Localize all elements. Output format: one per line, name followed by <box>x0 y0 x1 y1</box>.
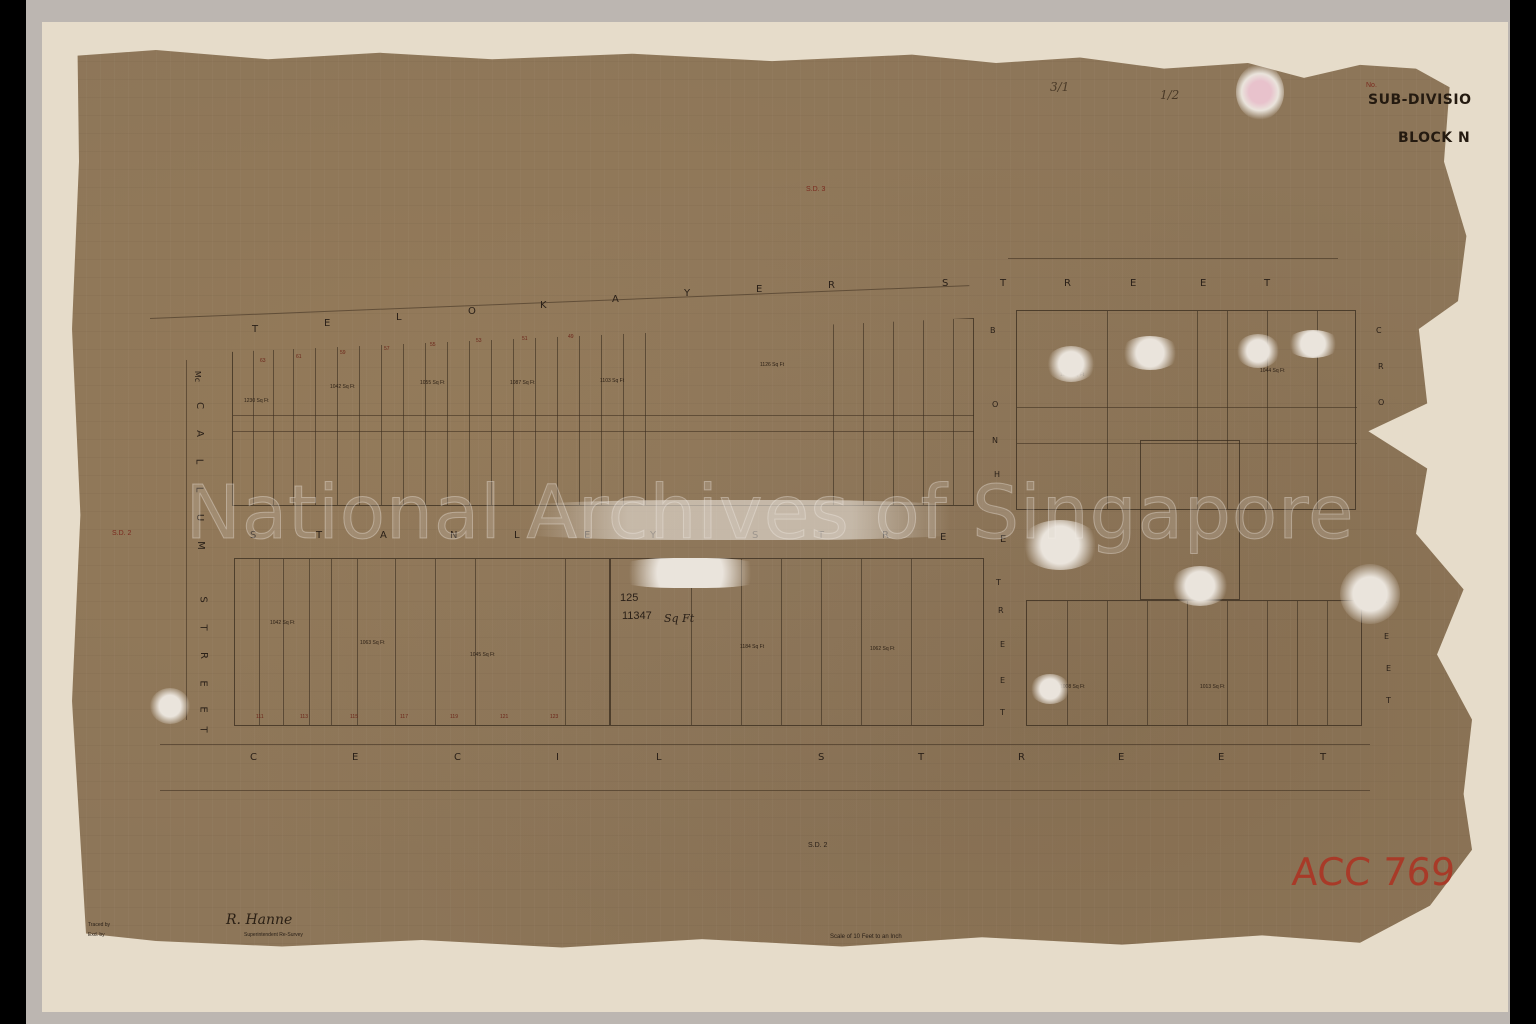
lower-left-block <box>234 558 610 726</box>
accession-number: ACC 769 <box>1290 850 1456 894</box>
signature-title: Superintendent Re-Survey <box>244 932 303 938</box>
title-prefix: No. <box>1366 82 1377 89</box>
mccallum-street-line <box>186 360 187 720</box>
pencil-note: 3/1 <box>1050 80 1069 94</box>
cecil-street-boundary-line <box>160 790 1370 791</box>
cecil-street-inner-line <box>160 744 1370 745</box>
pencil-note: 1/2 <box>1160 88 1179 102</box>
subdivision-label-bottom: S.D. 2 <box>808 842 827 849</box>
surveyor-signature: R. Hanne <box>226 912 292 928</box>
examined-by-label: Exd. by <box>88 932 105 938</box>
subdivision-label-top: S.D. 3 <box>806 186 825 193</box>
traced-by-label: Traced by <box>88 922 110 928</box>
telok-ayer-boundary-line-right <box>1008 258 1338 259</box>
scale-note: Scale of 10 Feet to an Inch <box>830 934 902 940</box>
subdivision-label-left: S.D. 2 <box>112 530 131 537</box>
title-subdivision: SUB-DIVISIO <box>1368 92 1472 108</box>
title-block-number: BLOCK N <box>1398 130 1470 146</box>
lower-right-block <box>1026 600 1362 726</box>
